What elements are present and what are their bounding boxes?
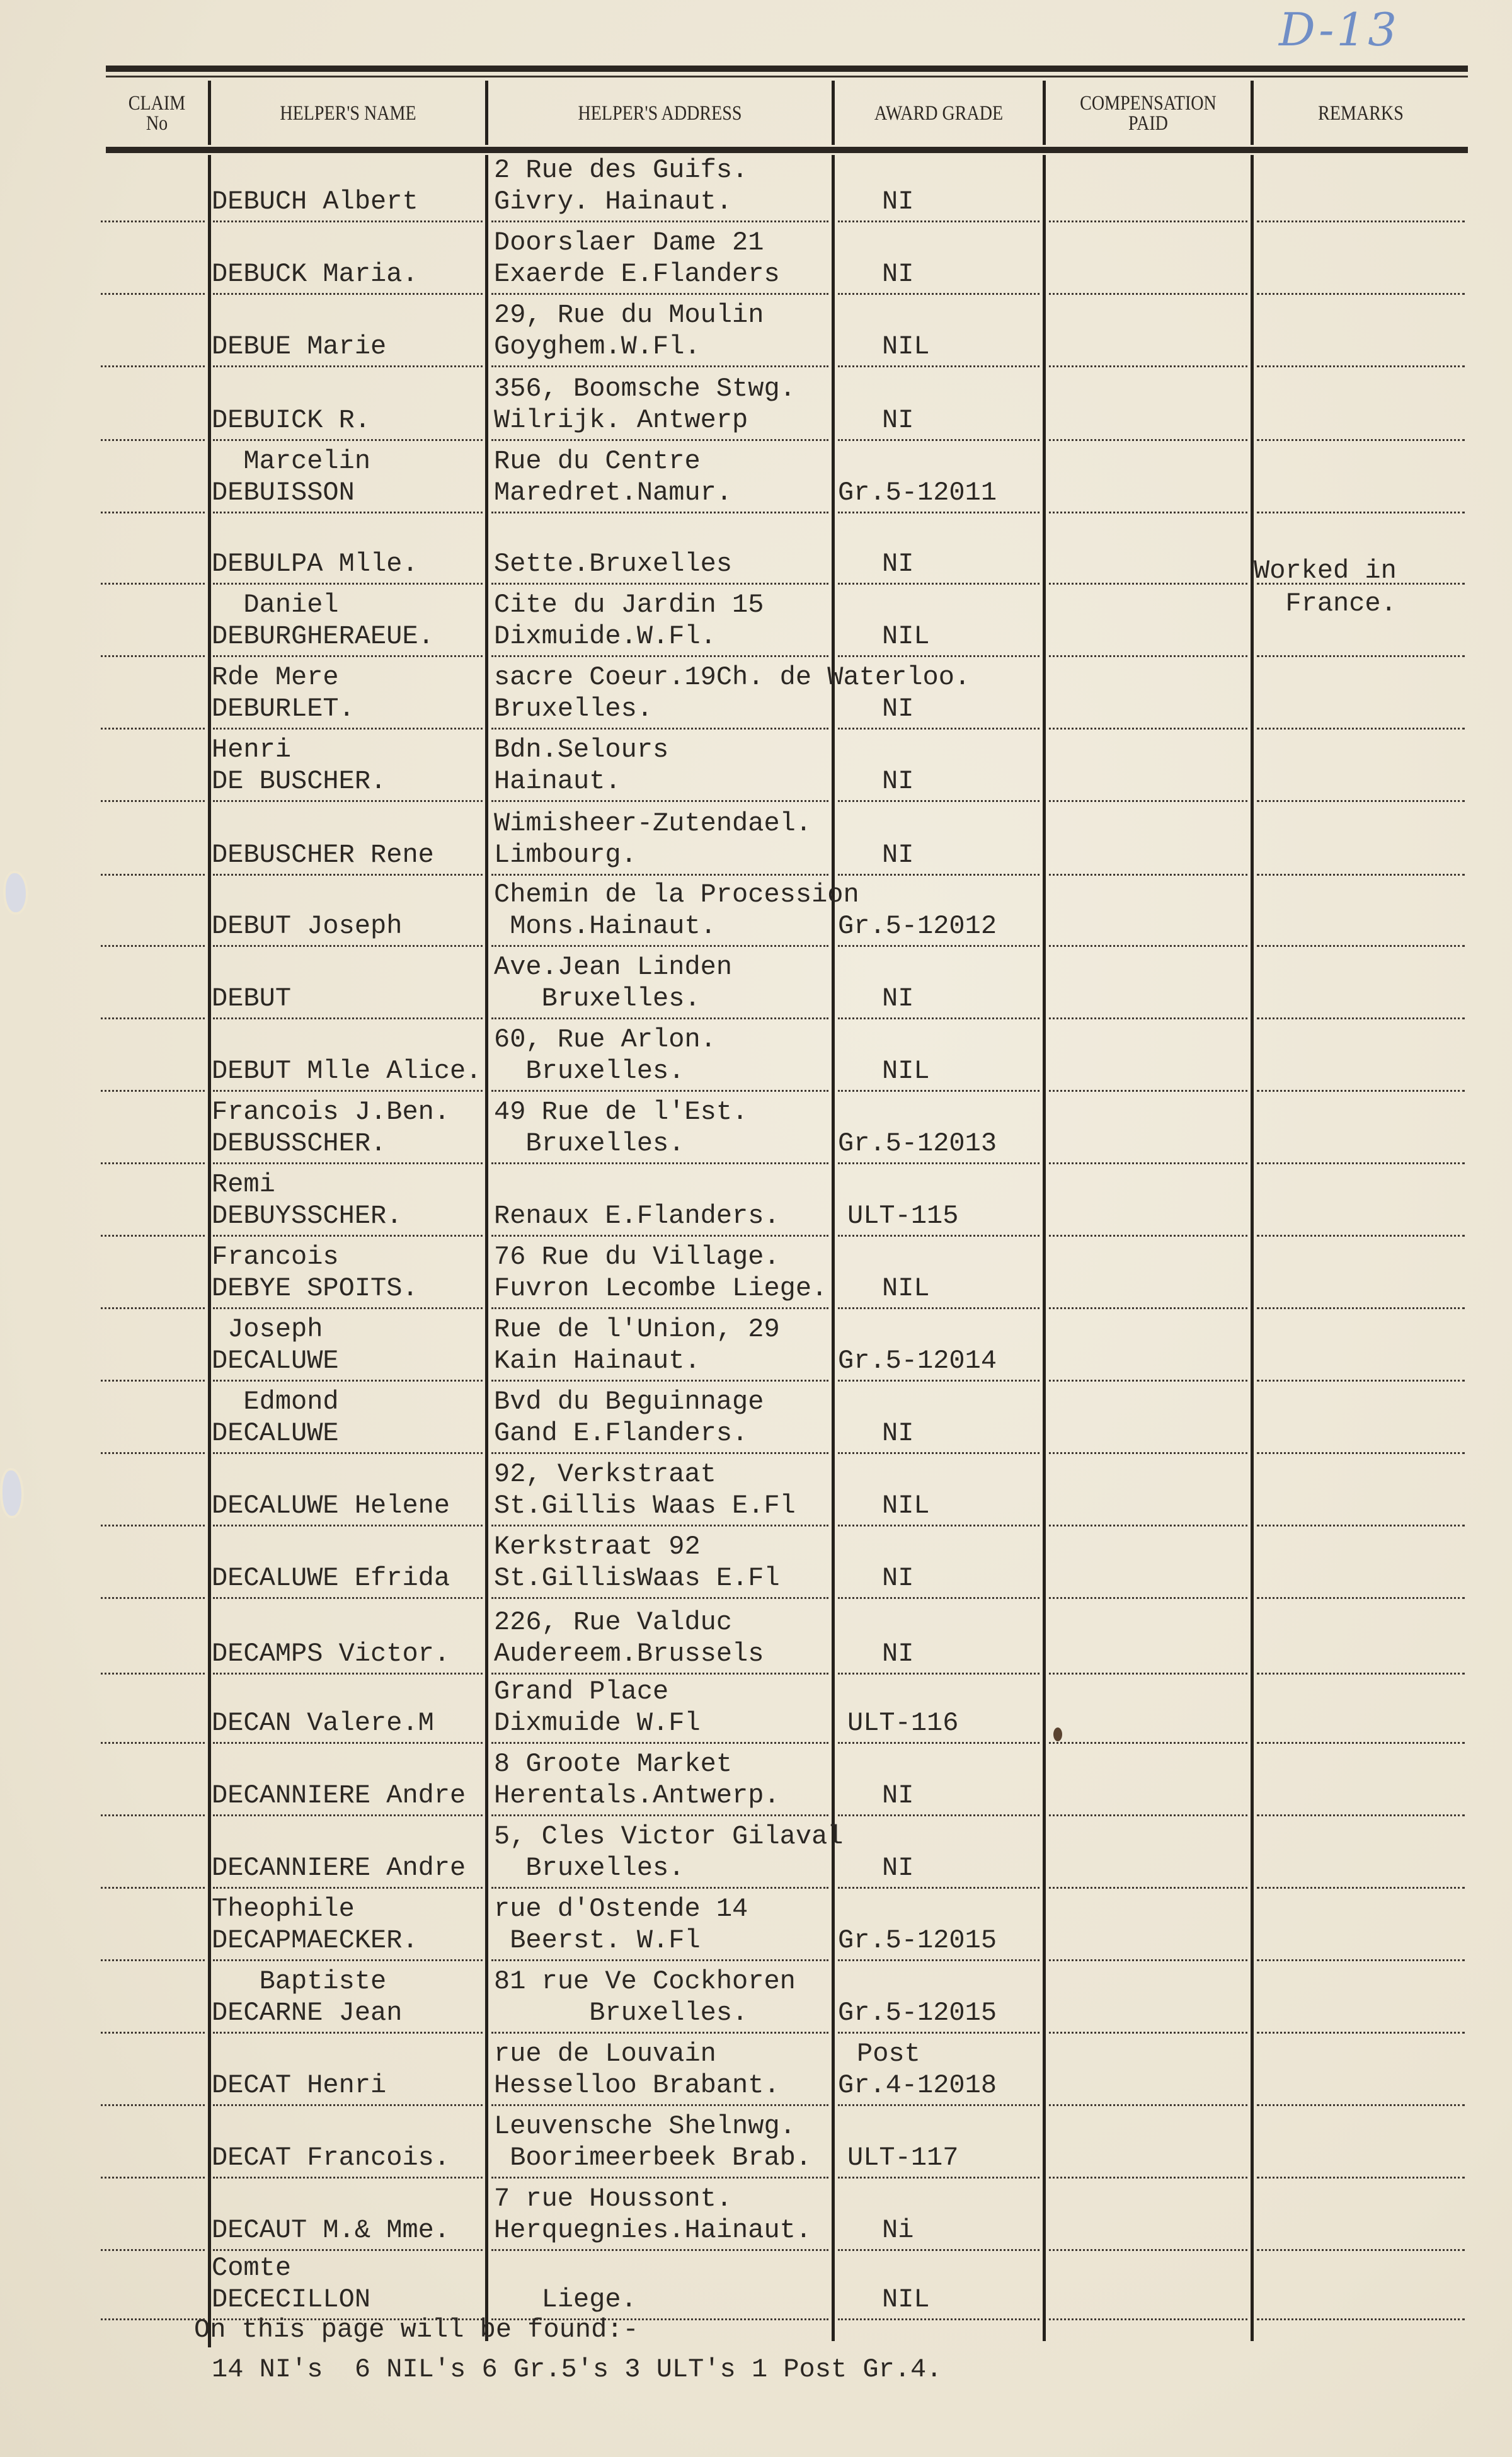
helper-name: DECAUT M.& Mme.: [212, 2214, 450, 2247]
row-separator: [213, 1090, 483, 1092]
row-separator: [101, 2177, 205, 2179]
row-separator: [1049, 1742, 1247, 1744]
row-separator: [101, 1742, 205, 1744]
row-separator: [213, 2032, 483, 2034]
row-separator: [491, 800, 828, 802]
row-separator: [491, 1307, 828, 1309]
row-separator: [838, 945, 1039, 947]
row-separator: [1257, 1525, 1465, 1526]
row-separator: [101, 874, 205, 876]
row-separator: [491, 2177, 828, 2179]
helper-address-line2: Herentals.Antwerp.: [494, 1779, 780, 1812]
column-divider-address-award: [832, 155, 835, 2341]
helper-address-line2: Hainaut.: [494, 765, 621, 798]
header-compensation-paid: COMPENSATION PAID: [1061, 79, 1235, 148]
helper-name-line1: Theophile: [212, 1893, 355, 1925]
row-separator: [491, 583, 828, 585]
helper-address-line2: Goyghem.W.Fl.: [494, 330, 701, 363]
row-separator: [1257, 2177, 1465, 2179]
row-separator: [491, 874, 828, 876]
helper-address-line1: Kerkstraat 92: [494, 1530, 701, 1563]
row-separator: [213, 2177, 483, 2179]
helper-name: DEBUT Mlle Alice.: [212, 1055, 481, 1087]
row-separator: [1049, 2032, 1247, 2034]
row-separator: [213, 1452, 483, 1454]
row-separator: [1257, 439, 1465, 441]
helper-address-line2: Beerst. W.Fl: [494, 1924, 701, 1957]
row-separator: [213, 1380, 483, 1382]
row-separator: [1257, 1235, 1465, 1237]
row-separator: [101, 800, 205, 802]
helper-address-line1: 60, Rue Arlon.: [494, 1023, 716, 1056]
helper-address-line2: Hesselloo Brabant.: [494, 2069, 780, 2102]
row-separator: [213, 439, 483, 441]
row-separator: [838, 1959, 1039, 1961]
row-separator: [213, 1959, 483, 1961]
row-separator: [213, 512, 483, 513]
row-separator: [838, 2249, 1039, 2251]
row-separator: [101, 2249, 205, 2251]
row-separator: [213, 1887, 483, 1889]
row-separator: [101, 1307, 205, 1309]
helper-address-line1: rue de Louvain: [494, 2037, 716, 2070]
row-separator: [1257, 655, 1465, 657]
row-separator: [213, 945, 483, 947]
helper-address-line2: Bruxelles.: [494, 1852, 684, 1884]
row-separator: [838, 293, 1039, 295]
row-separator: [1049, 220, 1247, 222]
row-separator: [101, 728, 205, 730]
helper-name: DEBUICK R.: [212, 404, 370, 437]
award-grade: Gr.5-12011: [838, 476, 997, 509]
helper-address-line2: St.GillisWaas E.Fl: [494, 1562, 780, 1595]
row-separator: [491, 512, 828, 513]
row-separator: [213, 1017, 483, 1019]
helper-name: DEBUCK Maria.: [212, 258, 418, 290]
row-separator: [1049, 1162, 1247, 1164]
row-separator: [1257, 1959, 1465, 1961]
helper-address-line2: Fuvron Lecombe Liege.: [494, 1272, 827, 1305]
helper-address-line2: Sette.Bruxelles: [494, 547, 732, 580]
helper-name: DECAT Henri: [212, 2069, 386, 2102]
row-separator: [1257, 1380, 1465, 1382]
helper-name-line1: Henri: [212, 733, 291, 766]
row-separator: [213, 874, 483, 876]
row-separator: [838, 512, 1039, 513]
row-separator: [491, 1959, 828, 1961]
column-divider-claim-name: [208, 155, 211, 2347]
award-grade: NI: [882, 1637, 913, 1670]
helper-address-line1: 8 Groote Market: [494, 1748, 732, 1780]
row-separator: [101, 1380, 205, 1382]
row-separator: [101, 2104, 205, 2106]
helper-name: DECAN Valere.M: [212, 1707, 434, 1739]
helper-name: DECAT Francois.: [212, 2141, 450, 2174]
row-separator: [838, 1235, 1039, 1237]
award-grade: Gr.4-12018: [838, 2069, 997, 2102]
header-helpers-name: HELPER'S NAME: [232, 79, 465, 148]
row-separator: [213, 800, 483, 802]
helper-name-line1: Edmond: [212, 1385, 339, 1418]
row-separator: [1257, 2249, 1465, 2251]
column-divider-award-compensation: [1043, 155, 1046, 2341]
row-separator: [1257, 1673, 1465, 1675]
header-divider: [1043, 81, 1046, 145]
helper-name: DEBUSSCHER.: [212, 1127, 386, 1160]
award-grade: NIL: [882, 2283, 930, 2316]
row-separator: [491, 1090, 828, 1092]
row-separator: [838, 655, 1039, 657]
award-grade: NIL: [882, 1489, 930, 1522]
helper-address-line1: 226, Rue Valduc: [494, 1606, 732, 1639]
row-separator: [1257, 1814, 1465, 1816]
row-separator: [1049, 2177, 1247, 2179]
row-separator: [213, 728, 483, 730]
row-separator: [213, 1673, 483, 1675]
award-grade: NI: [882, 185, 913, 218]
row-separator: [838, 1742, 1039, 1744]
helper-address-line1: 2 Rue des Guifs.: [494, 154, 748, 186]
helper-address-line1: rue d'Ostende 14: [494, 1893, 748, 1925]
row-separator: [1049, 800, 1247, 802]
helper-name: DEBUYSSCHER.: [212, 1200, 402, 1232]
award-grade: NI: [882, 765, 913, 798]
row-separator: [1049, 728, 1247, 730]
row-separator: [101, 1235, 205, 1237]
helper-name: DECAMPS Victor.: [212, 1637, 450, 1670]
row-separator: [213, 2249, 483, 2251]
helper-address-line1: Grand Place: [494, 1675, 668, 1708]
award-grade: NI: [882, 1779, 913, 1812]
row-separator: [1257, 2104, 1465, 2106]
row-separator: [838, 1673, 1039, 1675]
award-grade: NIL: [882, 1272, 930, 1305]
row-separator: [101, 439, 205, 441]
helper-address-line1: 81 rue Ve Cockhoren: [494, 1965, 796, 1998]
row-separator: [1049, 1959, 1247, 1961]
award-grade: NIL: [882, 1055, 930, 1087]
row-separator: [491, 1235, 828, 1237]
row-separator: [1257, 1597, 1465, 1599]
award-grade: Gr.5-12012: [838, 910, 997, 942]
row-separator: [213, 2104, 483, 2106]
helper-address-line1: Doorslaer Dame 21: [494, 226, 764, 259]
row-separator: [838, 800, 1039, 802]
row-separator: [491, 365, 828, 367]
helper-address-line1: 29, Rue du Moulin: [494, 299, 764, 331]
helper-name: DECALUWE Efrida: [212, 1562, 450, 1595]
award-grade: NI: [882, 258, 913, 290]
row-separator: [491, 2249, 828, 2251]
award-grade: NI: [882, 547, 913, 580]
row-separator: [1049, 2104, 1247, 2106]
helper-name: DEBUE Marie: [212, 330, 386, 363]
header-top-rule: [106, 66, 1468, 72]
row-separator: [491, 1814, 828, 1816]
award-grade: NI: [882, 982, 913, 1015]
helper-name: DEBUISSON: [212, 476, 355, 509]
award-grade: NI: [882, 1417, 913, 1450]
helper-name: DECARNE Jean: [212, 1996, 402, 2029]
row-separator: [838, 874, 1039, 876]
row-separator: [101, 2318, 205, 2320]
award-grade: Ni: [882, 2214, 913, 2247]
row-separator: [491, 1673, 828, 1675]
row-separator: [491, 1162, 828, 1164]
row-separator: [838, 1452, 1039, 1454]
helper-address-line2: Bruxelles.: [494, 1996, 748, 2029]
row-separator: [101, 945, 205, 947]
row-separator: [213, 365, 483, 367]
row-separator: [491, 655, 828, 657]
row-separator: [1257, 874, 1465, 876]
helper-address-line1: Rue du Centre: [494, 445, 701, 478]
helper-name: DEBURLET.: [212, 692, 355, 725]
helper-address-line2: Mons.Hainaut.: [494, 910, 716, 942]
row-separator: [1257, 365, 1465, 367]
row-separator: [1049, 1235, 1247, 1237]
row-separator: [838, 2318, 1039, 2320]
row-separator: [101, 1452, 205, 1454]
helper-address-line2: Herquegnies.Hainaut.: [494, 2214, 811, 2247]
row-separator: [101, 1525, 205, 1526]
row-separator: [1257, 728, 1465, 730]
row-separator: [101, 1017, 205, 1019]
row-separator: [491, 1525, 828, 1526]
helper-name: DEBUCH Albert: [212, 185, 418, 218]
row-separator: [1049, 1525, 1247, 1526]
row-separator: [213, 293, 483, 295]
row-separator: [838, 1307, 1039, 1309]
row-separator: [491, 2318, 828, 2320]
row-separator: [1257, 1307, 1465, 1309]
helper-name: DECECILLON: [212, 2283, 370, 2316]
helper-name-line1: Comte: [212, 2252, 291, 2284]
helper-address-line2: Limbourg.: [494, 839, 637, 871]
row-separator: [1257, 220, 1465, 222]
row-separator: [838, 1597, 1039, 1599]
helper-name: DECAPMAECKER.: [212, 1924, 418, 1957]
header-divider: [208, 81, 211, 145]
helper-address-line1: 92, Verkstraat: [494, 1458, 716, 1491]
row-separator: [491, 945, 828, 947]
row-separator: [101, 1814, 205, 1816]
helper-address-line1: 356, Boomsche Stwg.: [494, 372, 796, 405]
row-separator: [101, 2032, 205, 2034]
row-separator: [1049, 512, 1247, 513]
helper-name-line1: Marcelin: [212, 445, 370, 478]
award-grade-prefix: Post: [857, 2037, 920, 2070]
helper-address-line2: Boorimeerbeek Brab.: [494, 2141, 811, 2174]
paper-stain: [1053, 1727, 1062, 1741]
row-separator: [838, 583, 1039, 585]
award-grade: Gr.5-12015: [838, 1996, 997, 2029]
row-separator: [1257, 1452, 1465, 1454]
helper-name-line1: Francois J.Ben.: [212, 1096, 450, 1128]
row-separator: [1257, 1017, 1465, 1019]
helper-address-line2: Audereem.Brussels: [494, 1637, 764, 1670]
helper-address-line2: Bruxelles.: [494, 982, 701, 1015]
helper-name: DEBUT Joseph: [212, 910, 402, 942]
row-separator: [213, 2318, 483, 2320]
row-separator: [838, 1814, 1039, 1816]
helper-address-line2: Liege.: [494, 2283, 637, 2316]
helper-address-line2: Bruxelles.: [494, 1055, 684, 1087]
helper-address-line1: sacre Coeur.19Ch. de Waterloo.: [494, 661, 970, 694]
header-divider: [832, 81, 835, 145]
row-separator: [1257, 800, 1465, 802]
header-remarks: REMARKS: [1270, 79, 1452, 148]
row-separator: [1257, 2032, 1465, 2034]
punch-hole: [0, 1468, 24, 1518]
row-separator: [491, 1597, 828, 1599]
row-separator: [1049, 874, 1247, 876]
helper-address-line2: Maredret.Namur.: [494, 476, 732, 509]
helper-address-line1: Bvd du Beguinnage: [494, 1385, 764, 1418]
row-separator: [838, 1525, 1039, 1526]
header-award-grade: AWARD GRADE: [850, 79, 1028, 148]
row-separator: [838, 2177, 1039, 2179]
helper-address-line2: Dixmuide W.Fl: [494, 1707, 701, 1739]
row-separator: [838, 2032, 1039, 2034]
row-separator: [101, 1162, 205, 1164]
row-separator: [213, 220, 483, 222]
row-separator: [491, 2032, 828, 2034]
row-separator: [101, 1959, 205, 1961]
header-divider: [485, 81, 488, 145]
row-separator: [1049, 2249, 1247, 2251]
row-separator: [213, 1307, 483, 1309]
row-separator: [838, 2104, 1039, 2106]
helper-address-line1: 5, Cles Victor Gilaval: [494, 1820, 844, 1853]
row-separator: [1257, 1887, 1465, 1889]
row-separator: [1257, 293, 1465, 295]
row-separator: [838, 1162, 1039, 1164]
row-separator: [101, 512, 205, 513]
helper-address-line1: 7 rue Houssont.: [494, 2182, 732, 2215]
helper-name-line1: Baptiste: [212, 1965, 386, 1998]
helper-name: DECALUWE Helene: [212, 1489, 450, 1522]
helper-name: DEBUSCHER Rene: [212, 839, 434, 871]
row-separator: [101, 1887, 205, 1889]
row-separator: [838, 1017, 1039, 1019]
helper-name-line1: Joseph: [212, 1313, 323, 1346]
helper-address-line1: 49 Rue de l'Est.: [494, 1096, 748, 1128]
column-divider-compensation-remarks: [1251, 155, 1254, 2341]
helper-name: DECALUWE: [212, 1417, 339, 1450]
punch-hole: [3, 871, 28, 915]
helper-address-line1: Chemin de la Procession: [494, 878, 859, 911]
row-separator: [838, 728, 1039, 730]
column-divider-name-address: [485, 155, 488, 2341]
row-separator: [491, 2104, 828, 2106]
award-grade: NI: [882, 692, 913, 725]
row-separator: [1257, 512, 1465, 513]
row-separator: [491, 1452, 828, 1454]
award-grade: NI: [882, 1852, 913, 1884]
helper-name: DEBUT: [212, 982, 291, 1015]
header-divider: [1251, 81, 1254, 145]
row-separator: [1049, 293, 1247, 295]
row-separator: [213, 1525, 483, 1526]
document-page: D-13 CLAIM No HELPER'S NAME HELPER'S ADD…: [0, 0, 1512, 2457]
row-separator: [1049, 583, 1247, 585]
helper-address-line2: Gand E.Flanders.: [494, 1417, 748, 1450]
row-separator: [101, 583, 205, 585]
helper-address-line2: Dixmuide.W.Fl.: [494, 620, 716, 653]
row-separator: [213, 655, 483, 657]
row-separator: [1049, 1017, 1247, 1019]
row-separator: [1257, 945, 1465, 947]
row-separator: [491, 1742, 828, 1744]
handwritten-reference-mark: D-13: [1279, 3, 1399, 56]
helper-address-line2: Bruxelles.: [494, 692, 653, 725]
row-separator: [101, 1597, 205, 1599]
helper-name-line1: Francois: [212, 1240, 339, 1273]
row-separator: [838, 1090, 1039, 1092]
helper-name: DEBYE SPOITS.: [212, 1272, 418, 1305]
row-separator: [213, 583, 483, 585]
award-grade: NI: [882, 839, 913, 871]
row-separator: [838, 1887, 1039, 1889]
row-separator: [491, 220, 828, 222]
helper-address-line2: Wilrijk. Antwerp: [494, 404, 748, 437]
row-separator: [491, 1380, 828, 1382]
row-separator: [101, 1090, 205, 1092]
row-separator: [101, 293, 205, 295]
row-separator: [1049, 1452, 1247, 1454]
award-grade: ULT-117: [847, 2141, 958, 2174]
footer-summary-counts: 14 NI's 6 NIL's 6 Gr.5's 3 ULT's 1 Post …: [212, 2353, 942, 2386]
award-grade: ULT-116: [847, 1707, 958, 1739]
row-separator: [213, 1742, 483, 1744]
row-separator: [838, 220, 1039, 222]
award-grade: Gr.5-12013: [838, 1127, 997, 1160]
helper-name: DECANNIERE Andre: [212, 1779, 466, 1812]
row-separator: [1257, 1090, 1465, 1092]
row-separator: [838, 365, 1039, 367]
row-separator: [1049, 1814, 1247, 1816]
header-thin-rule: [106, 76, 1468, 77]
row-separator: [1049, 655, 1247, 657]
row-separator: [1257, 2318, 1465, 2320]
helper-address-line2: Exaerde E.Flanders: [494, 258, 780, 290]
row-separator: [101, 655, 205, 657]
row-separator: [1049, 439, 1247, 441]
row-separator: [101, 365, 205, 367]
header-helpers-address: HELPER'S ADDRESS: [514, 79, 806, 148]
row-separator: [1049, 1673, 1247, 1675]
helper-name: DECANNIERE Andre: [212, 1852, 466, 1884]
award-grade: NIL: [882, 620, 930, 653]
helper-address-line2: St.Gillis Waas E.Fl: [494, 1489, 796, 1522]
award-grade: NI: [882, 404, 913, 437]
row-separator: [1257, 1742, 1465, 1744]
row-separator: [213, 1814, 483, 1816]
helper-name-line1: Daniel: [212, 588, 339, 621]
row-separator: [101, 220, 205, 222]
award-grade: NIL: [882, 330, 930, 363]
helper-address-line1: Ave.Jean Linden: [494, 951, 732, 983]
helper-address-line1: Bdn.Selours: [494, 733, 668, 766]
helper-name: DE BUSCHER.: [212, 765, 386, 798]
row-separator: [491, 1887, 828, 1889]
row-separator: [213, 1597, 483, 1599]
row-separator: [491, 293, 828, 295]
award-grade: NI: [882, 1562, 913, 1595]
row-separator: [1049, 1307, 1247, 1309]
row-separator: [491, 439, 828, 441]
